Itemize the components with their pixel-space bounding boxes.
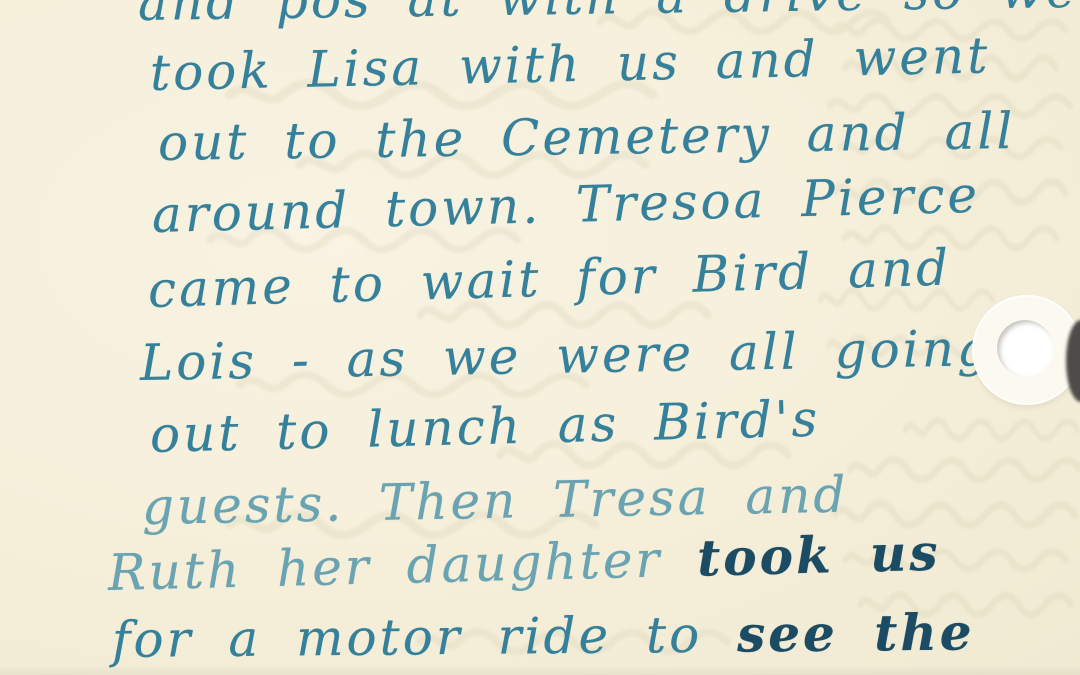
scanned-page: and pos at with a drive so we took Lisa … xyxy=(0,0,1080,675)
handwritten-line: out to the Cemetery and all xyxy=(158,106,1016,168)
handwritten-line: out to lunch as Bird's xyxy=(149,394,820,460)
handwritten-line: Lois - as we were all going xyxy=(140,323,993,388)
handwritten-line: guests. Then Tresa and xyxy=(142,470,849,532)
handwritten-text-dark: see the xyxy=(737,602,975,663)
punched-hole xyxy=(997,320,1053,376)
handwritten-text: for a motor ride to xyxy=(112,606,738,669)
handwritten-line: for a motor ride to see the xyxy=(112,607,975,665)
handwritten-text-dark: took us xyxy=(696,523,941,588)
